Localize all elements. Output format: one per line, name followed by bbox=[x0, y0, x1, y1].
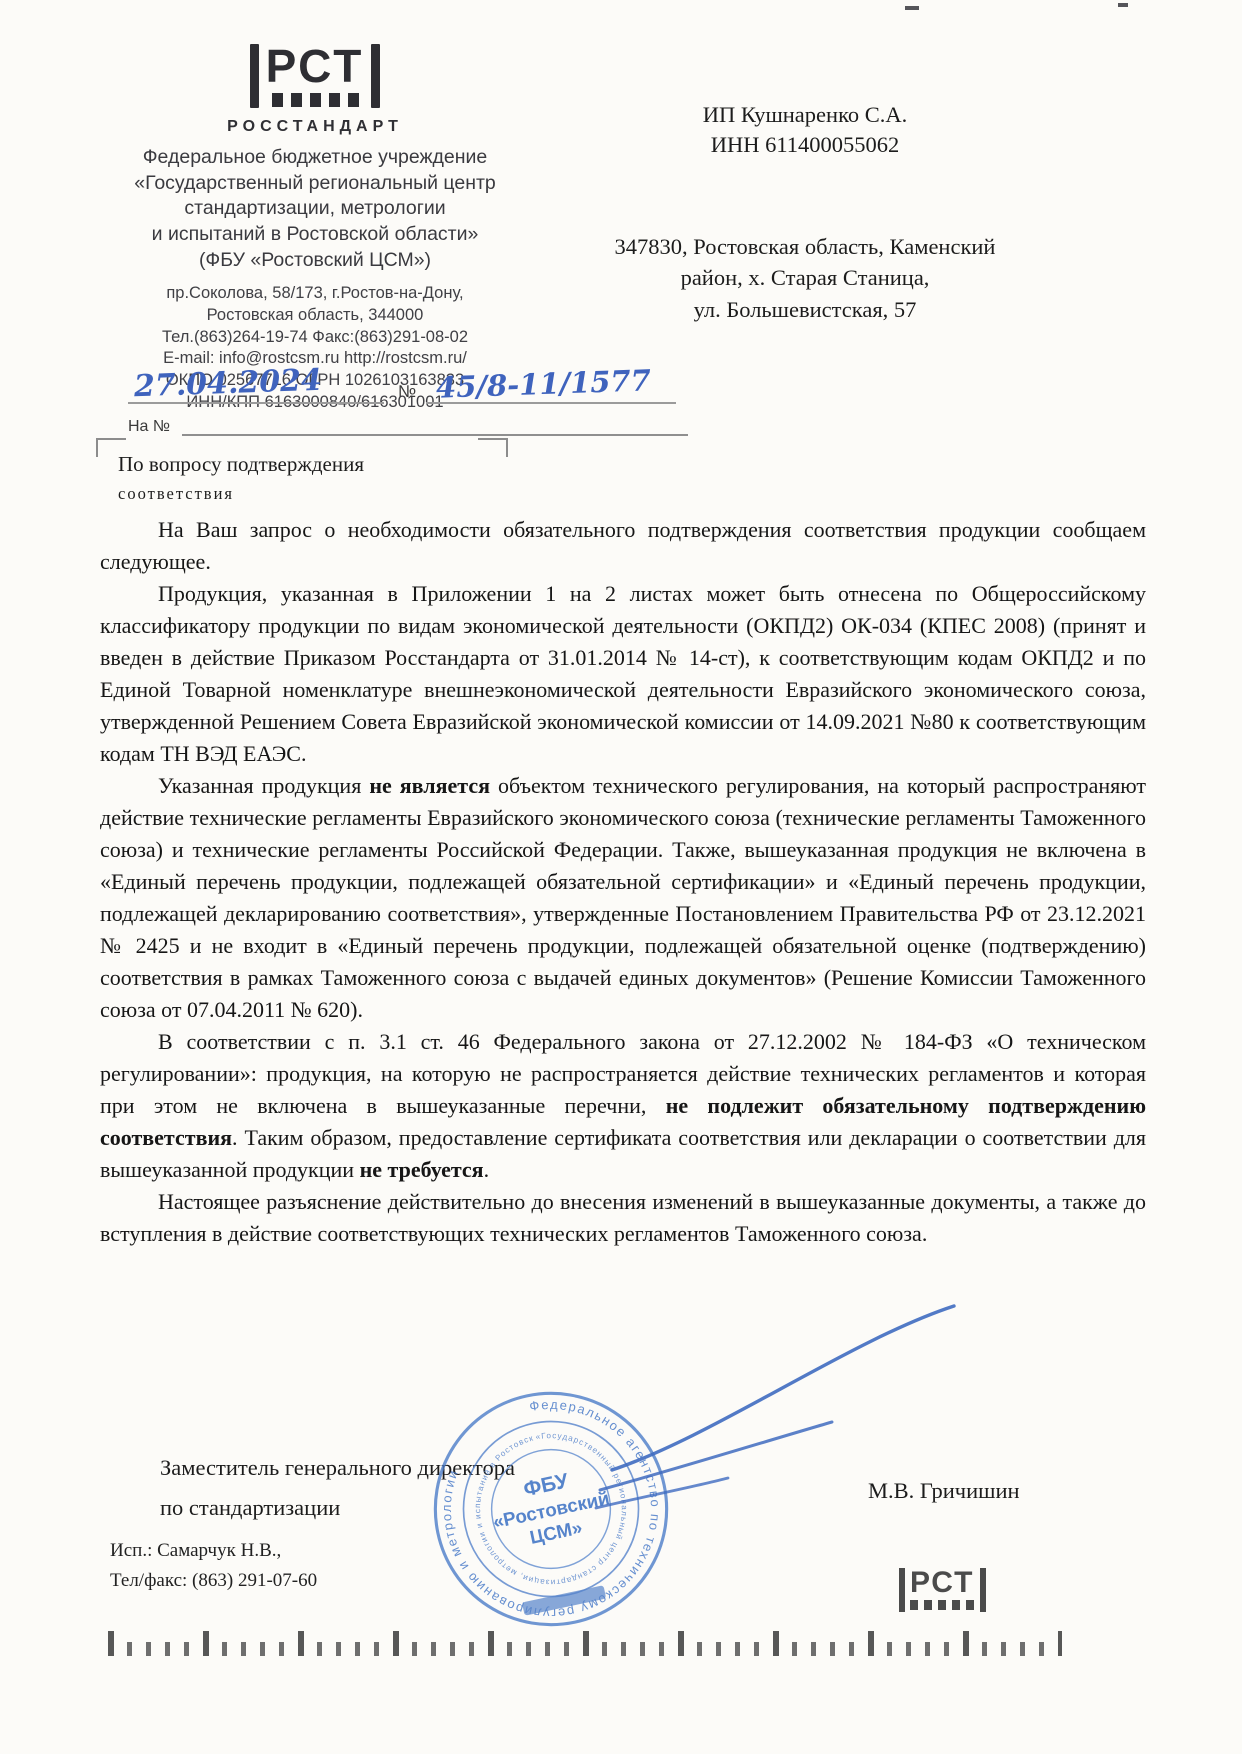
contact-line: Ростовская область, 344000 bbox=[100, 305, 530, 327]
corner-mark-right bbox=[478, 438, 508, 457]
footer-logo-left-bar bbox=[899, 1568, 905, 1612]
contact-line: пр.Соколова, 58/173, г.Ростов-на-Дону, bbox=[100, 283, 530, 305]
logo-right-bar bbox=[371, 44, 380, 108]
handwritten-number: 45/8-11/1577 bbox=[436, 363, 652, 404]
subject-line-1: По вопросу подтверждения bbox=[118, 452, 364, 477]
executor-line: Исп.: Самарчук Н.В., bbox=[110, 1536, 317, 1566]
logo-barcode-dashes bbox=[272, 93, 359, 107]
date-and-number-row: 27.04.2024 № 45/8-11/1577 bbox=[128, 366, 676, 404]
org-name-line: «Государственный региональный центр bbox=[100, 171, 530, 197]
recipient-name: ИП Кушнаренко С.А. bbox=[562, 100, 1048, 130]
date-field: 27.04.2024 bbox=[128, 366, 384, 404]
org-name-line: Федеральное бюджетное учреждение bbox=[100, 145, 530, 171]
footer-logo-right-bar bbox=[980, 1568, 986, 1612]
paragraph-5-text: Настоящее разъяснение действительно до в… bbox=[100, 1189, 1146, 1246]
logo-center: РСТ bbox=[266, 44, 365, 107]
scanned-letter-page: РСТ РОССТАНДАРТ Федеральное бюджетное уч… bbox=[0, 0, 1242, 1754]
letter-body: На Ваш запрос о необходимости обязательн… bbox=[100, 514, 1146, 1250]
decorative-tick-strip bbox=[108, 1628, 1062, 1656]
number-field: 45/8-11/1577 bbox=[426, 367, 676, 404]
recipient-block: ИП Кушнаренко С.А. ИНН 611400055062 3478… bbox=[562, 100, 1048, 325]
footer-rst-logo-icon: РСТ bbox=[893, 1568, 992, 1614]
letterhead: РСТ РОССТАНДАРТ Федеральное бюджетное уч… bbox=[100, 44, 530, 414]
scan-artifact bbox=[905, 6, 919, 10]
recipient-address: 347830, Ростовская область, Каменский ра… bbox=[562, 231, 1048, 326]
reference-number-row: На № bbox=[128, 414, 688, 436]
tick-marks-tall bbox=[108, 1631, 1062, 1656]
reference-blank-line bbox=[182, 414, 688, 436]
paragraph-4-end: . bbox=[484, 1157, 490, 1182]
executor-phone-line: Тел/факс: (863) 291-07-60 bbox=[110, 1566, 317, 1596]
number-label: № bbox=[398, 382, 416, 402]
paragraph-2-text: Продукция, указанная в Приложении 1 на 2… bbox=[100, 581, 1146, 766]
logo-letters: РСТ bbox=[266, 44, 365, 88]
handwritten-date: 27.04.2024 bbox=[133, 363, 322, 405]
subject-line-2: соответствия bbox=[118, 484, 364, 504]
paragraph-4-bold-2: не требуется bbox=[360, 1157, 484, 1182]
paragraph-4: В соответствии с п. 3.1 ст. 46 Федеральн… bbox=[100, 1026, 1146, 1186]
org-name-line: (ФБУ «Ростовский ЦСМ») bbox=[100, 248, 530, 274]
rosstandart-logo-icon: РСТ bbox=[100, 44, 530, 108]
recipient-address-line: ул. Большевистская, 57 bbox=[562, 294, 1048, 326]
org-name: Федеральное бюджетное учреждение «Госуда… bbox=[100, 145, 530, 274]
paragraph-5: Настоящее разъяснение действительно до в… bbox=[100, 1186, 1146, 1250]
footer-logo-dashes bbox=[910, 1600, 974, 1610]
org-name-line: стандартизации, метрологии bbox=[100, 196, 530, 222]
logo-left-bar bbox=[250, 44, 259, 108]
paragraph-3-pre: Указанная продукция bbox=[158, 773, 369, 798]
footer-logo-center: РСТ bbox=[910, 1568, 975, 1610]
recipient-address-line: район, х. Старая Станица, bbox=[562, 262, 1048, 294]
executor-block: Исп.: Самарчук Н.В., Тел/факс: (863) 291… bbox=[110, 1536, 317, 1596]
org-name-line: и испытаний в Ростовской области» bbox=[100, 222, 530, 248]
scan-artifact bbox=[1118, 3, 1128, 7]
paragraph-2: Продукция, указанная в Приложении 1 на 2… bbox=[100, 578, 1146, 770]
paragraph-3-post: объектом технического регулирования, на … bbox=[100, 773, 1146, 1022]
contact-line: Тел.(863)264-19-74 Факс:(863)291-08-02 bbox=[100, 327, 530, 349]
footer-logo-letters: РСТ bbox=[910, 1568, 975, 1597]
subject-block: По вопросу подтверждения соответствия bbox=[118, 452, 364, 504]
brand-name: РОССТАНДАРТ bbox=[100, 118, 530, 136]
recipient-inn: ИНН 611400055062 bbox=[562, 130, 1048, 160]
reference-label: На № bbox=[128, 418, 170, 436]
recipient-address-line: 347830, Ростовская область, Каменский bbox=[562, 231, 1048, 263]
paragraph-4-mid: . Таким образом, предоставление сертифик… bbox=[100, 1125, 1146, 1182]
paragraph-3: Указанная продукция не является объектом… bbox=[100, 770, 1146, 1026]
pen-signature bbox=[594, 1284, 966, 1516]
paragraph-1-text: На Ваш запрос о необходимости обязательн… bbox=[100, 517, 1146, 574]
paragraph-3-bold: не является bbox=[369, 773, 490, 798]
paragraph-1: На Ваш запрос о необходимости обязательн… bbox=[100, 514, 1146, 578]
